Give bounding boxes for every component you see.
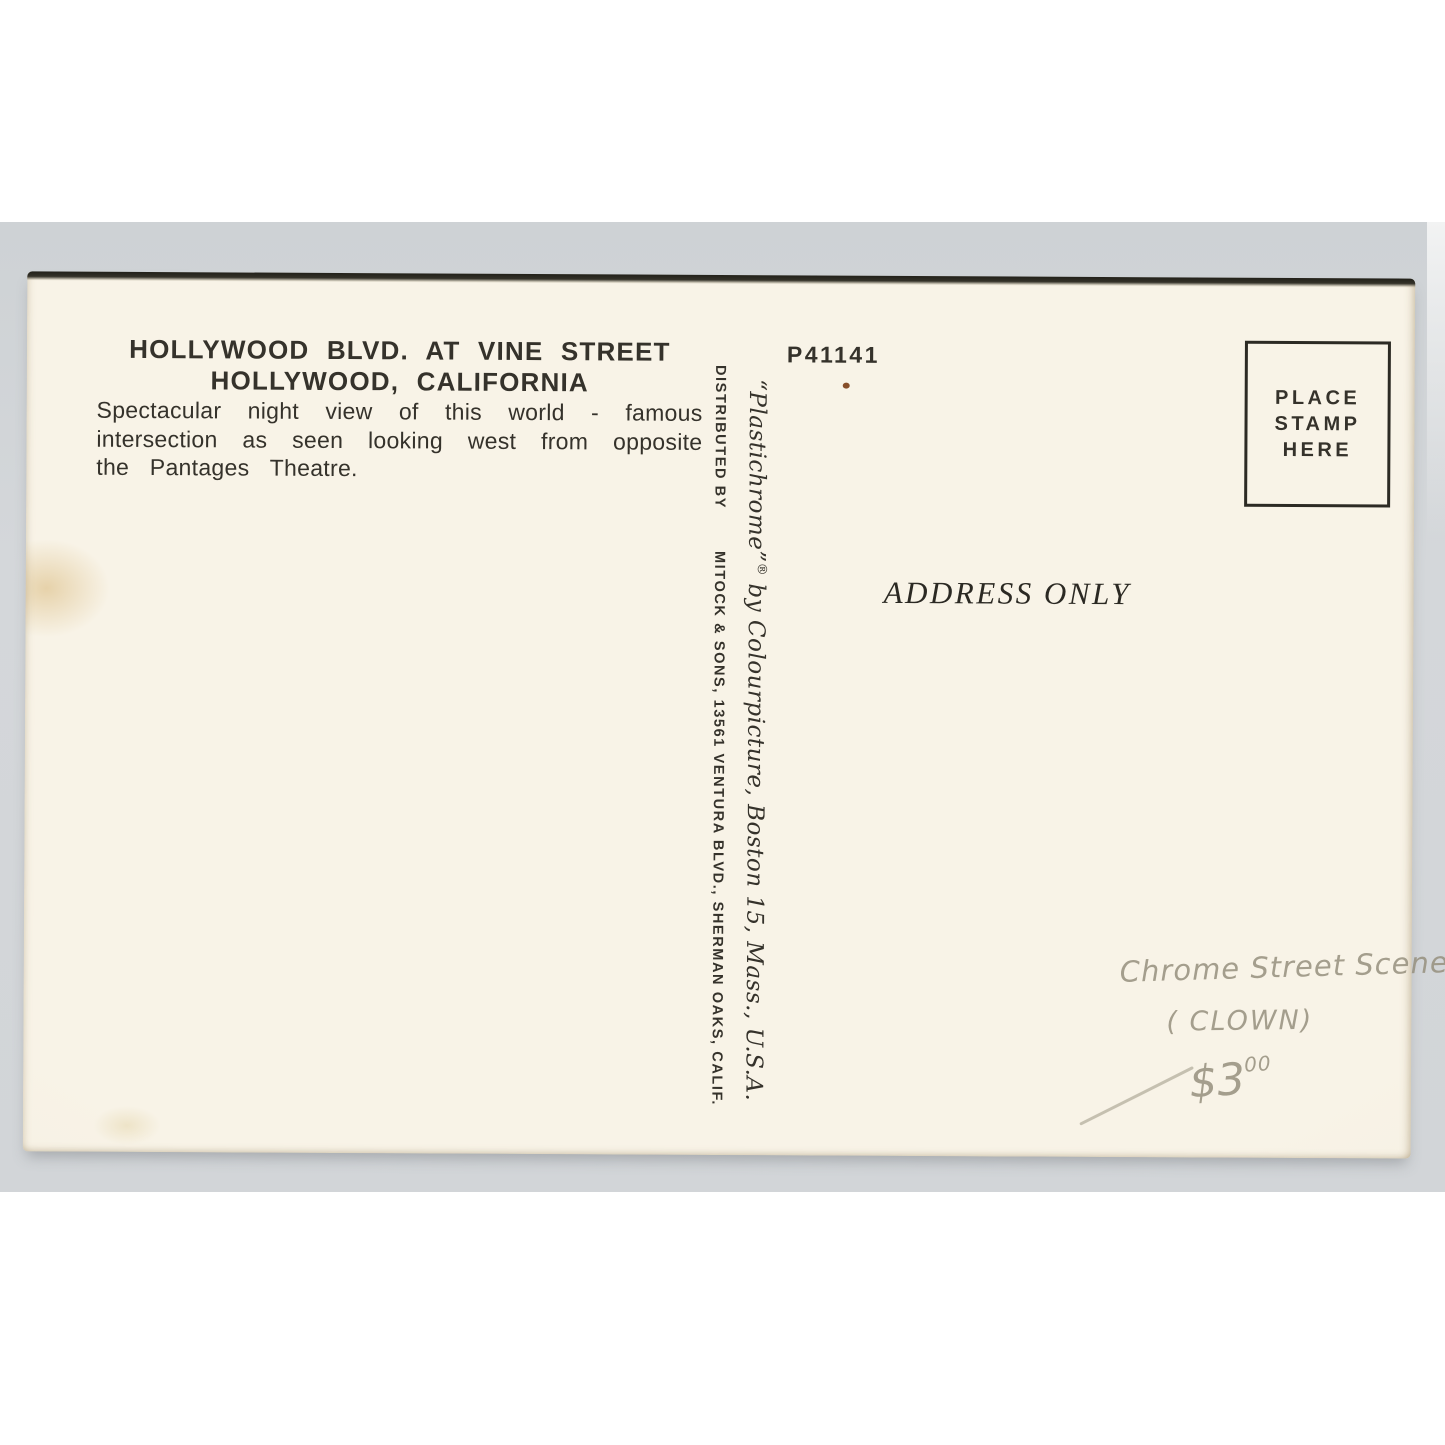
plastichrome-credit-line: “Plastichrome”® by Colourpicture, Boston… (731, 365, 784, 1145)
pencil-stroke (1079, 1066, 1194, 1126)
postcard-title-line2: HOLLYWOOD, CALIFORNIA (97, 365, 703, 399)
publisher-location: by Colourpicture, Boston 15, Mass., U.S.… (740, 576, 769, 1102)
handwritten-price: $300 (1188, 1051, 1275, 1108)
stamp-box-line2: STAMP (1274, 411, 1360, 437)
postcard-back: HOLLYWOOD BLVD. AT VINE STREET HOLLYWOOD… (23, 271, 1416, 1158)
caption-description-line1: Spectacular night view of this world - f… (97, 397, 703, 428)
postcard-title-line1: HOLLYWOOD BLVD. AT VINE STREET (97, 334, 703, 368)
registered-mark-icon: ® (754, 563, 769, 576)
handwritten-note-line1: Chrome Street Scene (1119, 945, 1445, 989)
catalog-number: P41141 (787, 341, 880, 368)
distributed-by-label: DISTRIBUTED BY (711, 365, 728, 509)
ink-speck (843, 383, 850, 389)
stamp-box-line3: HERE (1283, 437, 1353, 463)
scanner-bed-highlight (1427, 222, 1445, 542)
scanned-postcard-photo: HOLLYWOOD BLVD. AT VINE STREET HOLLYWOOD… (0, 0, 1445, 1445)
stamp-box-line1: PLACE (1275, 385, 1360, 411)
handwritten-price-dollars: $3 (1188, 1054, 1247, 1109)
stamp-box: PLACE STAMP HERE (1244, 341, 1391, 508)
caption-block: HOLLYWOOD BLVD. AT VINE STREET HOLLYWOOD… (96, 334, 703, 485)
publisher-credit-vertical: “Plastichrome”® by Colourpicture, Boston… (708, 365, 784, 1145)
handwritten-price-cents: 00 (1243, 1051, 1272, 1077)
distributor-credit-line: DISTRIBUTED BYMITOCK & SONS, 13561 VENTU… (701, 365, 735, 1145)
caption-description-line3: the Pantages Theatre. (96, 454, 702, 485)
handwritten-note-line2: ( CLOWN) (1166, 1005, 1313, 1038)
address-only-label: ADDRESS ONLY (884, 575, 1131, 612)
publisher-name: “Plastichrome” (743, 379, 770, 563)
distributor-address: MITOCK & SONS, 13561 VENTURA BLVD., SHER… (708, 551, 727, 1106)
caption-description-line2: intersection as seen looking west from o… (96, 425, 702, 456)
